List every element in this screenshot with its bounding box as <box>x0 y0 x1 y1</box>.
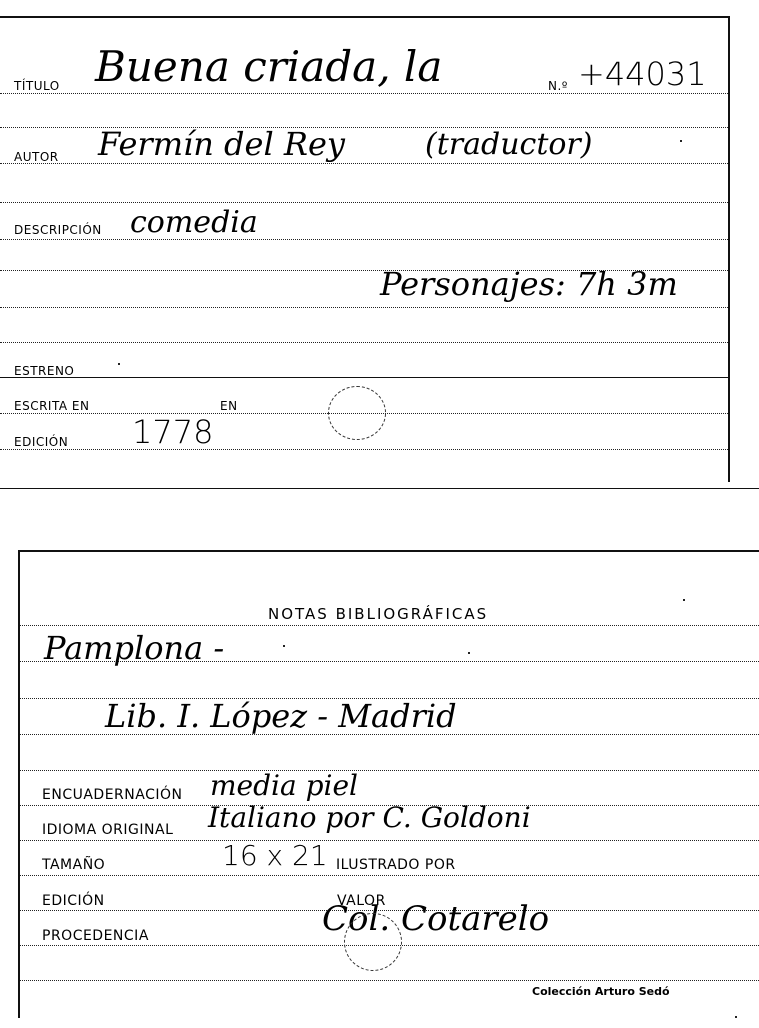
premiere-label: Estreno <box>14 365 74 377</box>
rule <box>0 377 728 378</box>
rule <box>20 840 759 841</box>
catalog-card-front: Título Buena criada, la N.º +44031 Autor… <box>0 0 759 500</box>
rule <box>0 307 728 308</box>
speck <box>283 645 285 647</box>
rule <box>0 93 728 94</box>
edition-label: Edición <box>14 436 68 448</box>
characters-value: Personajes: 7h 3m <box>380 268 678 300</box>
card-right-edge <box>728 16 730 482</box>
binding-label: Encuadernación <box>42 788 182 802</box>
edition-label: Edición <box>42 894 105 908</box>
title-value: Buena criada, la <box>95 46 442 88</box>
size-label: Tamaño <box>42 858 105 872</box>
card-left-edge <box>18 550 20 1018</box>
illustrator-label: Ilustrado por <box>336 858 456 872</box>
card-top-edge <box>0 16 730 18</box>
language-value: Italiano por C. Goldoni <box>208 804 531 832</box>
notes-line-1: Pamplona - <box>44 632 224 664</box>
description-value: comedia <box>130 208 258 238</box>
rule <box>0 202 728 203</box>
punch-hole-mark <box>328 386 386 440</box>
catalog-number: +44031 <box>578 58 707 90</box>
rule <box>20 770 759 771</box>
speck <box>735 1016 737 1018</box>
rule <box>20 980 759 981</box>
card-bottom-edge <box>0 488 759 489</box>
language-label: Idioma original <box>42 823 173 837</box>
description-label: Descripción <box>14 224 102 236</box>
written-label: Escrita en <box>14 400 89 412</box>
punch-hole-mark <box>344 913 402 971</box>
author-value: Fermín del Rey <box>98 128 345 160</box>
author-label: Autor <box>14 151 59 163</box>
edition-year: 1778 <box>132 416 213 448</box>
speck <box>683 599 685 601</box>
rule <box>20 875 759 876</box>
collection-footer: Colección Arturo Sedó <box>532 986 670 997</box>
catalog-card-back: NOTAS BIBLIOGRÁFICAS Pamplona - Lib. I. … <box>0 540 759 1028</box>
rule <box>0 449 728 450</box>
notes-line-2: Lib. I. López - Madrid <box>105 700 457 732</box>
rule <box>0 239 728 240</box>
title-label: Título <box>14 80 60 92</box>
speck <box>468 652 470 654</box>
provenance-label: Procedencia <box>42 929 149 943</box>
written-in-label: en <box>220 400 238 412</box>
speck <box>118 363 120 365</box>
binding-value: media piel <box>210 772 358 800</box>
author-role: (traductor) <box>425 130 592 160</box>
card-top-edge <box>18 550 759 552</box>
rule <box>20 625 759 626</box>
size-value: 16 x 21 <box>222 842 328 870</box>
speck <box>680 140 682 142</box>
rule <box>0 163 728 164</box>
notes-heading: NOTAS BIBLIOGRÁFICAS <box>268 607 488 622</box>
rule <box>0 342 728 343</box>
number-label: N.º <box>548 80 568 92</box>
